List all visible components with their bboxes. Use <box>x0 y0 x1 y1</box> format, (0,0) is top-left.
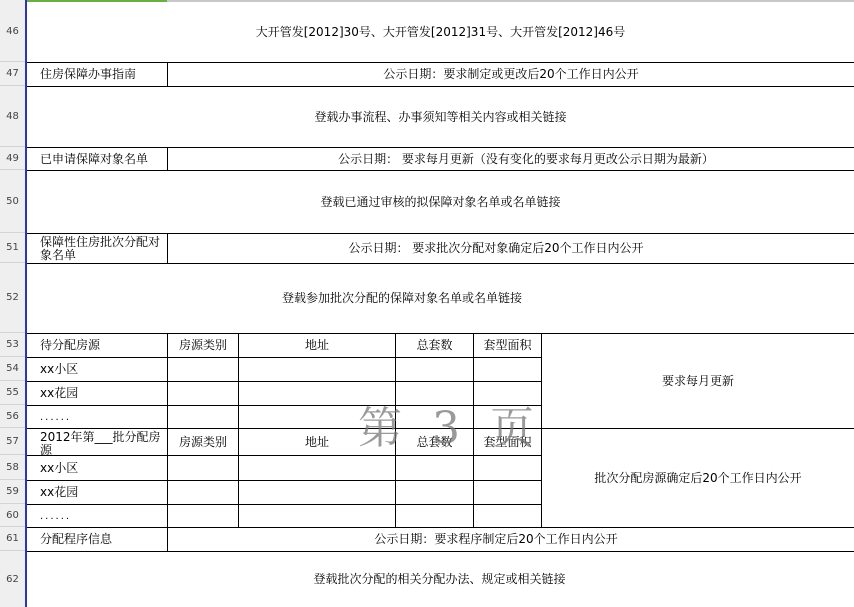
cell-r51-label[interactable]: 保障性住房批次分配对象名单 <box>27 234 167 263</box>
row-number-49[interactable]: 49 <box>0 147 25 170</box>
table2-title[interactable]: 2012年第___批分配房源 <box>27 429 167 455</box>
table1-header-address[interactable]: 地址 <box>239 334 395 357</box>
row-number-56[interactable]: 56 <box>0 405 25 428</box>
table1-header-total[interactable]: 总套数 <box>396 334 473 357</box>
table2-item[interactable]: ...... <box>27 505 167 527</box>
row-number-46[interactable]: 46 <box>0 2 25 62</box>
table2-note[interactable]: 批次分配房源确定后20个工作日内公开 <box>542 429 854 527</box>
cell-r49-text[interactable]: 公示日期： 要求每月更新（没有变化的要求每月更改公示日期为最新） <box>167 148 854 170</box>
row-number-57[interactable]: 57 <box>0 428 25 455</box>
table2-header-address[interactable]: 地址 <box>239 429 395 455</box>
table2-item[interactable]: xx花园 <box>27 481 167 504</box>
row-number-48[interactable]: 48 <box>0 86 25 147</box>
cell-r62-text[interactable]: 登载批次分配的相关分配办法、规定或相关链接 <box>27 552 854 607</box>
table1-header-type[interactable]: 房源类别 <box>168 334 238 357</box>
row-number-60[interactable]: 60 <box>0 504 25 527</box>
cell-r61-text[interactable]: 公示日期：要求程序制定后20个工作日内公开 <box>168 528 854 551</box>
cell-r51-text[interactable]: 公示日期： 要求批次分配对象确定后20个工作日内公开 <box>167 234 854 263</box>
row-number-51[interactable]: 51 <box>0 233 25 263</box>
cell-r50-text[interactable]: 登载已通过审核的拟保障对象名单或名单链接 <box>27 171 854 233</box>
row-number-47[interactable]: 47 <box>0 62 25 86</box>
row-number-50[interactable]: 50 <box>0 170 25 233</box>
table1-note[interactable]: 要求每月更新 <box>542 334 854 428</box>
row-number-53[interactable]: 53 <box>0 333 25 357</box>
table2-header-type[interactable]: 房源类别 <box>168 429 238 455</box>
cell-r47-text[interactable]: 公示日期：要求制定或更改后20个工作日内公开 <box>167 63 854 86</box>
row-number-62[interactable]: 62 <box>0 551 25 607</box>
cell-r61-label[interactable]: 分配程序信息 <box>27 528 167 551</box>
row-number-58[interactable]: 58 <box>0 455 25 480</box>
table1-header-area[interactable]: 套型面积 <box>474 334 541 357</box>
cell-r48-text[interactable]: 登载办事流程、办事须知等相关内容或相关链接 <box>27 87 854 147</box>
row-number-54[interactable]: 54 <box>0 357 25 381</box>
cell-r52-text[interactable]: 登载参加批次分配的保障对象名单或名单链接 <box>27 264 777 333</box>
table2-header-area[interactable]: 套型面积 <box>474 429 541 455</box>
row-number-52[interactable]: 52 <box>0 263 25 333</box>
table1-item[interactable]: ...... <box>27 406 167 428</box>
table2-item[interactable]: xx小区 <box>27 456 167 480</box>
cell-r47-label[interactable]: 住房保障办事指南 <box>27 63 167 86</box>
row-header-column: 46 47 48 49 50 51 52 53 54 55 56 57 58 5… <box>0 0 25 607</box>
row-number-59[interactable]: 59 <box>0 480 25 504</box>
table1-item[interactable]: xx小区 <box>27 358 167 381</box>
table1-title[interactable]: 待分配房源 <box>27 334 167 357</box>
table1-item[interactable]: xx花园 <box>27 382 167 405</box>
table2-header-total[interactable]: 总套数 <box>396 429 473 455</box>
row-number-61[interactable]: 61 <box>0 527 25 551</box>
row-number-55[interactable]: 55 <box>0 381 25 405</box>
cell-r49-label[interactable]: 已申请保障对象名单 <box>27 148 167 170</box>
cell-r46-doc-numbers[interactable]: 大开管发[2012]30号、大开管发[2012]31号、大开管发[2012]46… <box>27 2 854 62</box>
